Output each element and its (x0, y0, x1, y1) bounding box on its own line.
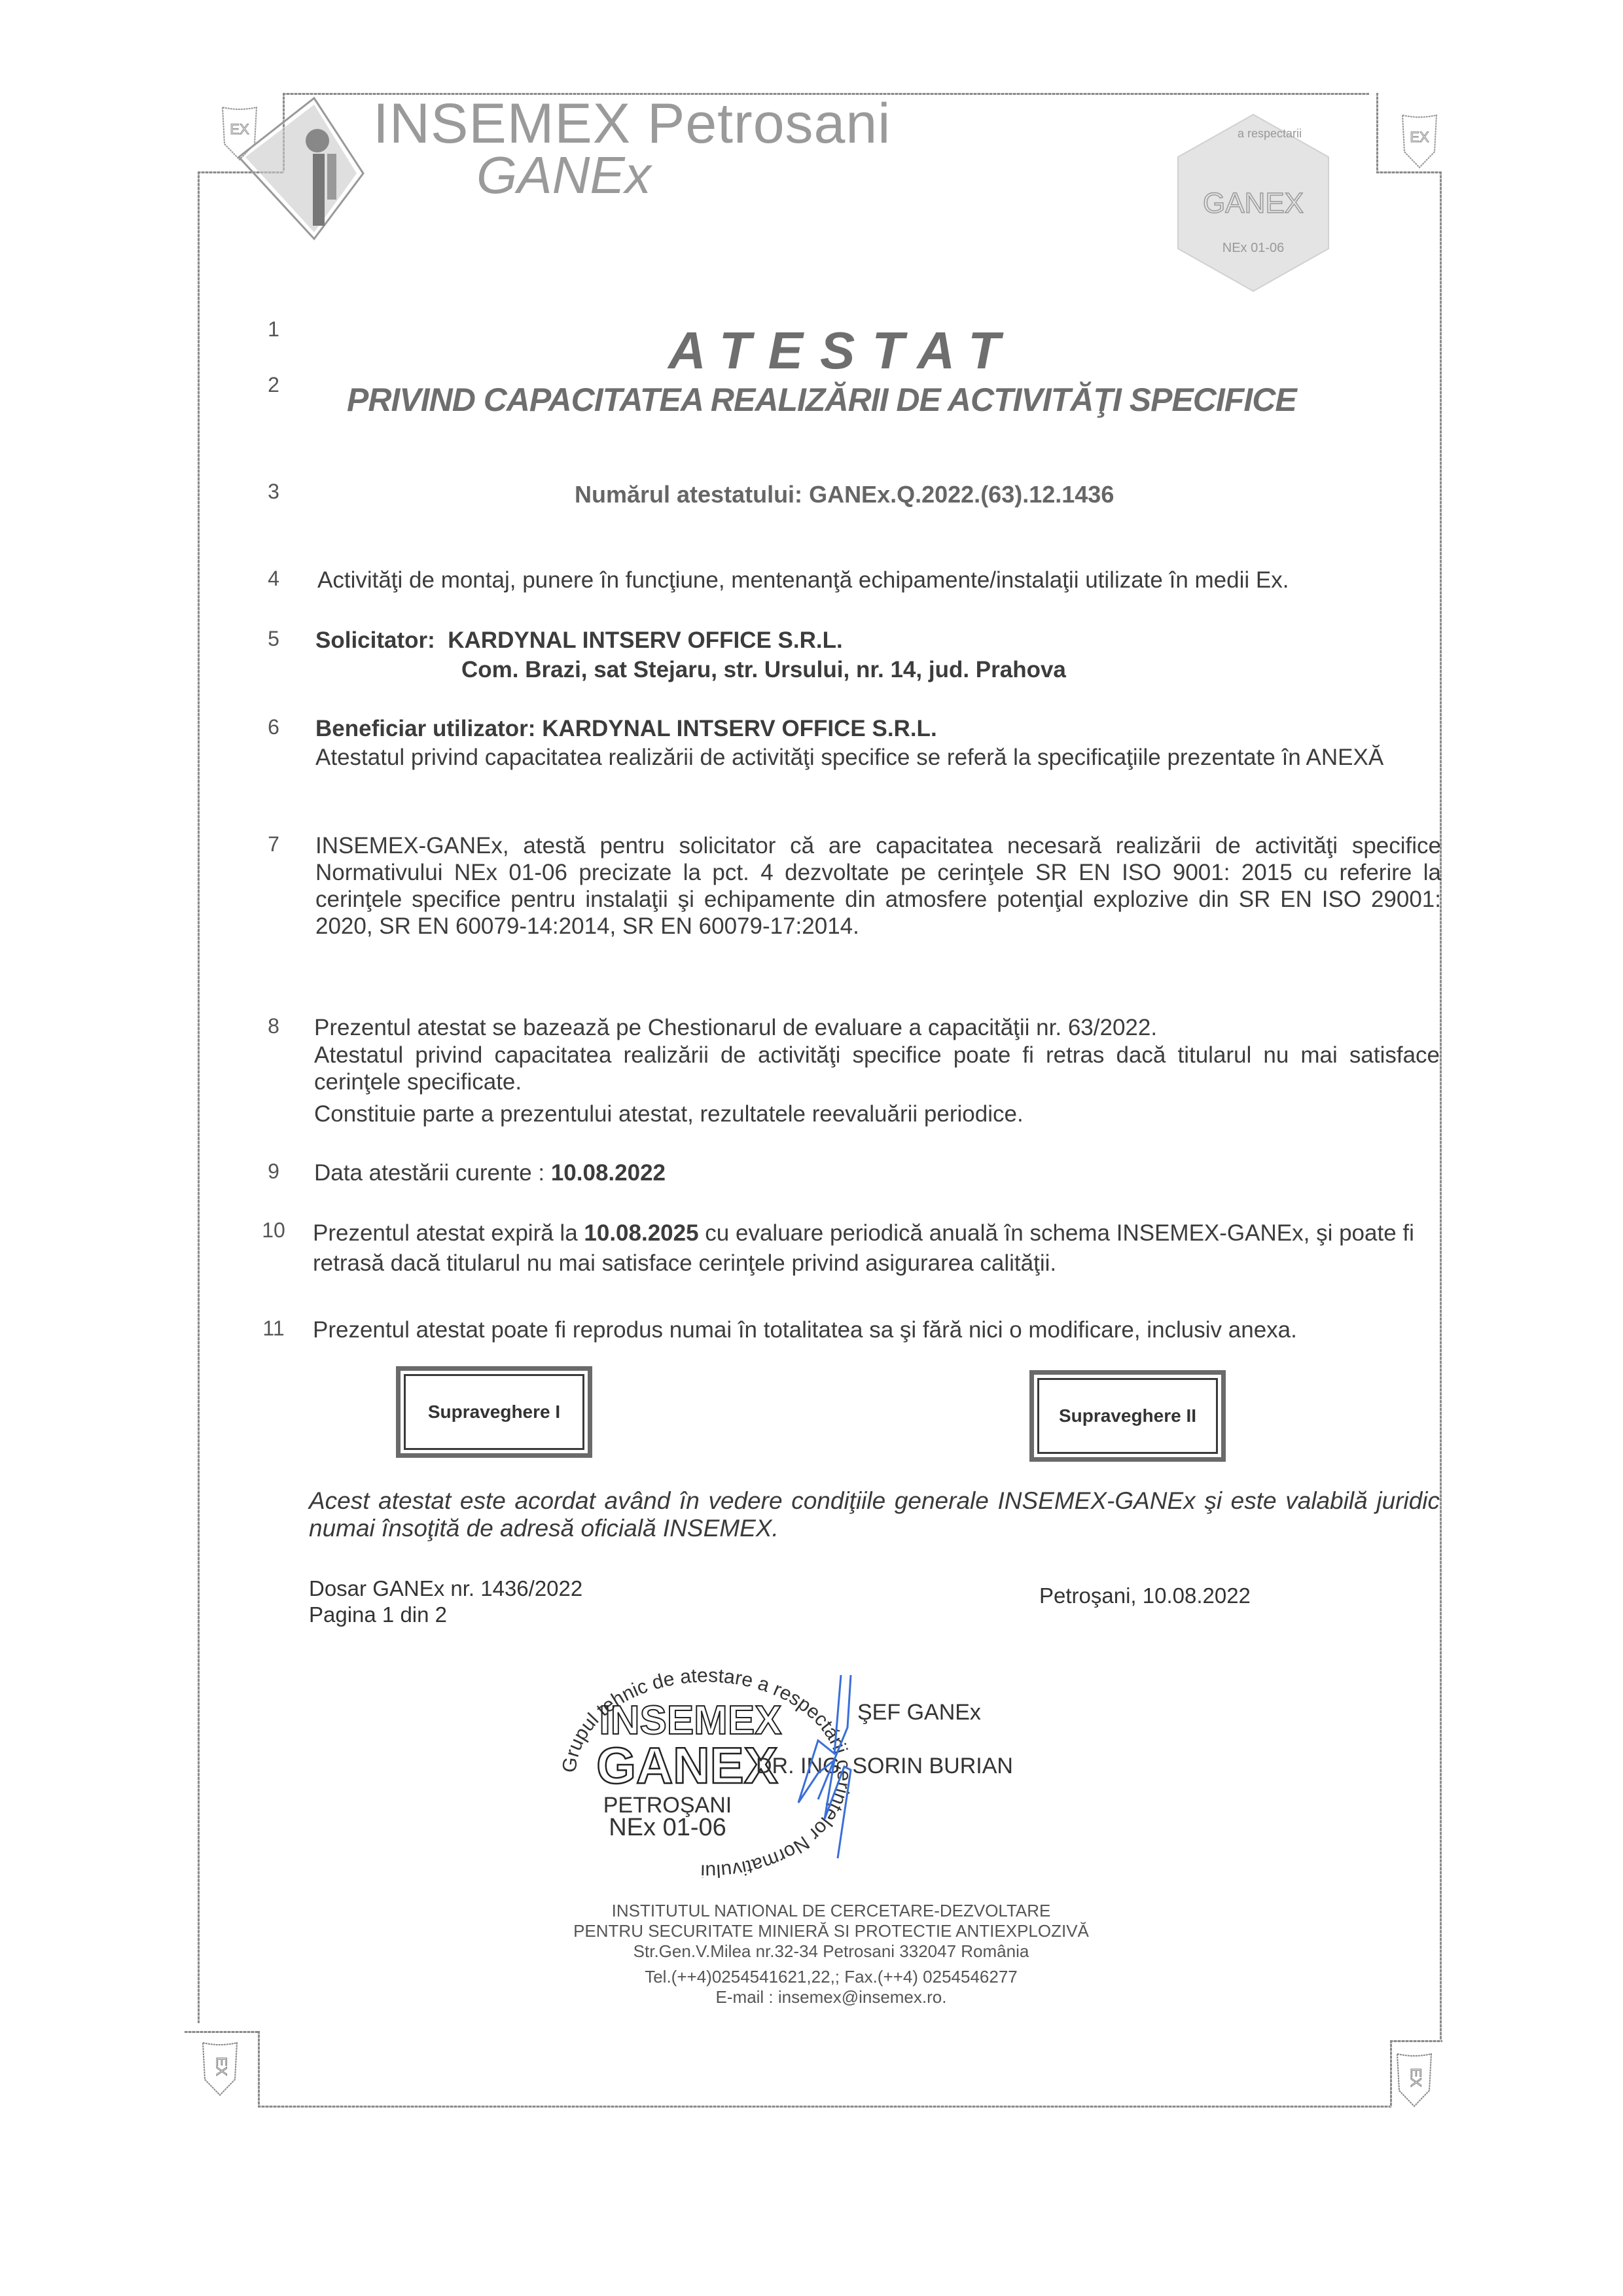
institute-name: INSTITUTUL NATIONAL DE CERCETARE-DEZVOLT… (537, 1901, 1126, 1921)
withdrawal-text: Atestatul privind capacitatea realizării… (314, 1042, 1440, 1095)
insemex-diamond-logo (236, 95, 373, 242)
applicant-address: Com. Brazi, sat Stejaru, str. Ursului, n… (461, 656, 1378, 683)
line-number: 5 (260, 627, 287, 651)
ganex-hex-stamp: a respectarii GANEX NEx 01-06 (1171, 111, 1335, 294)
svg-text:GANEX: GANEX (1203, 187, 1304, 219)
supervision-box-2: Supraveghere II (1029, 1370, 1226, 1462)
validity-note: Acest atestat este acordat având în vede… (309, 1487, 1440, 1542)
reproduction-text: Prezentul atestat poate fi reprodus numa… (313, 1316, 1438, 1343)
line-number: 11 (260, 1316, 287, 1341)
beneficiary: Beneficiar utilizator: KARDYNAL INTSERV … (315, 715, 1441, 742)
page-indicator: Pagina 1 din 2 (309, 1602, 582, 1628)
line-number: 7 (260, 832, 287, 857)
svg-text:NEx 01-06: NEx 01-06 (609, 1814, 726, 1841)
expiry-date: 10.08.2025 (584, 1220, 698, 1246)
supervision-box-1: Supraveghere I (396, 1366, 592, 1458)
line-number: 8 (260, 1014, 287, 1038)
svg-text:NEx 01-06: NEx 01-06 (1222, 241, 1285, 255)
expiry-text: Prezentul atestat expiră la 10.08.2025 c… (313, 1218, 1438, 1279)
line-number: 9 (260, 1159, 287, 1184)
questionnaire-text: Prezentul atestat se bazează pe Chestion… (314, 1014, 1440, 1041)
line-number: 10 (260, 1218, 287, 1243)
institute-email: E-mail : insemex@insemex.ro. (537, 1987, 1126, 2007)
line-number: 2 (260, 373, 287, 397)
line-number: 3 (260, 480, 287, 504)
institute-address: Str.Gen.V.Milea nr.32-34 Petrosani 33204… (537, 1941, 1126, 1962)
institute-info: INSTITUTUL NATIONAL DE CERCETARE-DEZVOLT… (537, 1901, 1126, 2007)
current-date: Data atestării curente : 10.08.2022 (314, 1159, 1440, 1186)
org-sub: GANEx (476, 145, 651, 205)
current-date-value: 10.08.2022 (551, 1160, 666, 1186)
svg-text:EX: EX (1410, 129, 1429, 145)
ex-shield-icon: EX (1395, 2051, 1433, 2109)
institute-name-2: PENTRU SECURITATE MINIERĂ SI PROTECTIE A… (537, 1921, 1126, 1941)
svg-text:EX: EX (1408, 2068, 1424, 2087)
applicant: Solicitator: KARDYNAL INTSERV OFFICE S.R… (315, 627, 1441, 654)
ex-shield-icon: EX (201, 2040, 239, 2098)
activities-text: Activităţi de montaj, punere în funcţiun… (317, 567, 1443, 593)
annex-reference: Atestatul privind capacitatea realizării… (315, 744, 1441, 771)
applicant-company: KARDYNAL INTSERV OFFICE S.R.L. (448, 627, 842, 653)
signature-scribble (720, 1669, 890, 1865)
document-subtitle: PRIVIND CAPACITATEA REALIZĂRII DE ACTIVI… (347, 381, 1296, 419)
certificate-number: Numărul atestatului: GANEx.Q.2022.(63).1… (575, 481, 1114, 508)
svg-text:a respectarii: a respectarii (1238, 127, 1302, 140)
attestation-text: INSEMEX-GANEx, atestă pentru solicitator… (315, 832, 1441, 940)
line-number: 4 (260, 567, 287, 591)
document-title: ATESTAT (0, 321, 1623, 381)
beneficiary-company: KARDYNAL INTSERV OFFICE S.R.L. (542, 716, 936, 741)
dossier-number: Dosar GANEx nr. 1436/2022 (309, 1576, 582, 1602)
line-number: 6 (260, 715, 287, 739)
svg-text:EX: EX (213, 2057, 230, 2076)
institute-phone: Tel.(++4)0254541621,22,; Fax.(++4) 02545… (537, 1967, 1126, 1987)
ex-shield-icon: EX (1400, 113, 1438, 170)
dossier-info: Dosar GANEx nr. 1436/2022 Pagina 1 din 2 (309, 1576, 582, 1628)
place-date: Petroşani, 10.08.2022 (1039, 1583, 1251, 1608)
reevaluation-text: Constituie parte a prezentului atestat, … (314, 1101, 1440, 1127)
